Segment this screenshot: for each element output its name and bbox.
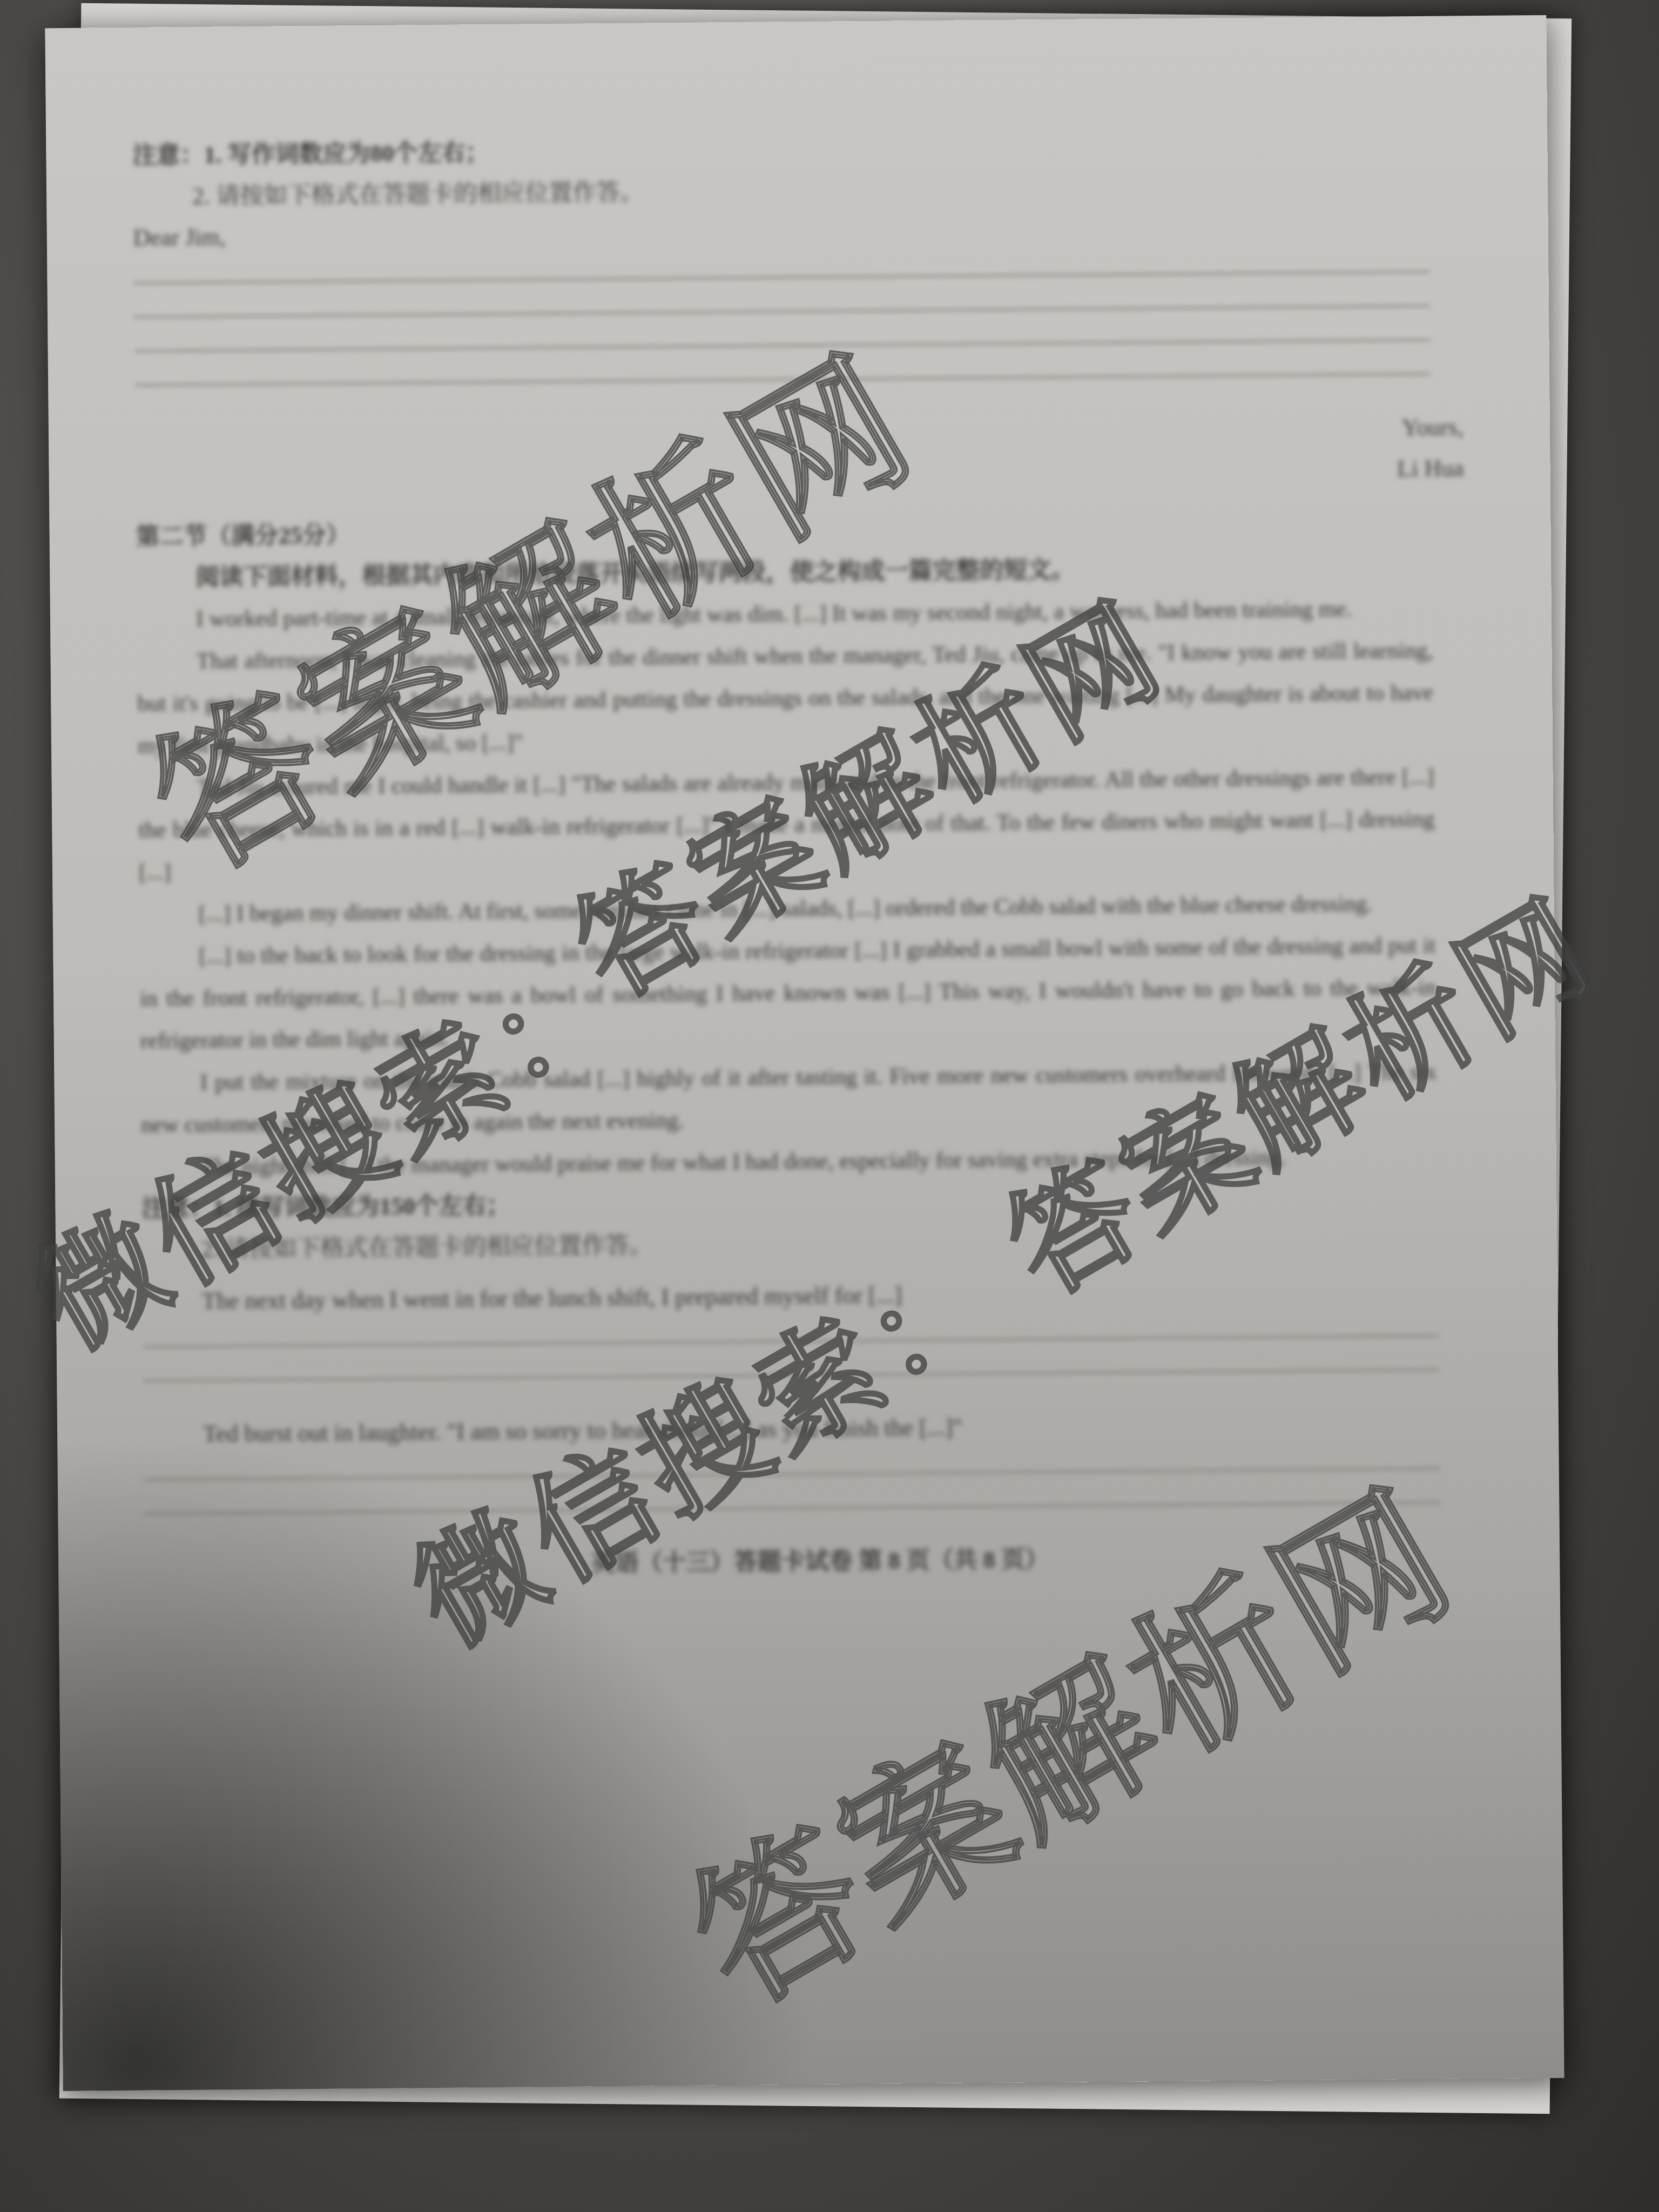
- answer-line-1: [133, 271, 1429, 284]
- answer-line-2: [134, 305, 1430, 318]
